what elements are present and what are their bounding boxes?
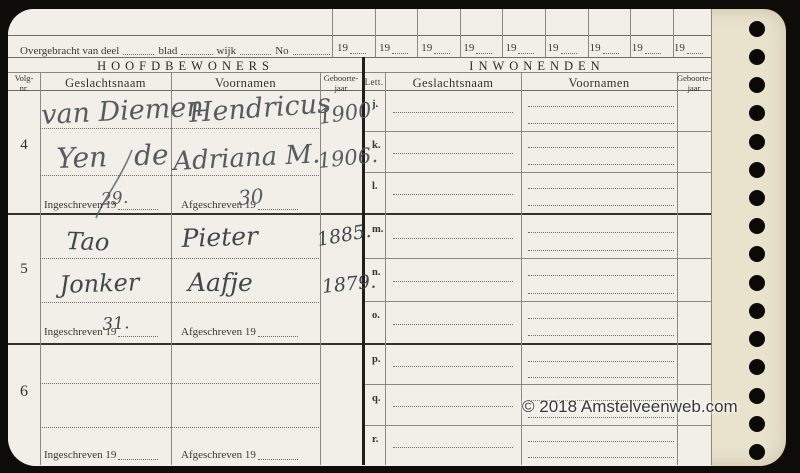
grid-line [171,72,172,465]
transfer-deel-label: Overgebracht van deel [20,45,119,57]
writing-line [393,366,513,367]
volgnr-5: 5 [8,261,40,278]
letter-label: q. [372,393,380,404]
punch-hole [749,331,765,347]
year-cells-row: 19 19 19 19 19 19 19 19 19 [332,35,711,57]
writing-line [528,457,674,458]
handwritten-voornamen: Adriana M. [173,141,321,175]
col-volgnr-line2: nr. [20,83,29,93]
dotted-blank [561,43,577,54]
year-label: 19 [463,42,474,54]
writing-line [528,188,674,189]
col-geslachtsnaam-hoofd: Geslachtsnaam [40,76,171,91]
writing-line [528,293,674,294]
transfer-row: Overgebracht van deel blad wijk No [20,35,332,61]
punch-hole [749,21,765,37]
letter-label: j. [372,99,378,110]
writing-line [40,302,319,303]
year-label: 19 [632,42,643,54]
volgnr-4: 4 [8,137,40,154]
dotted-blank [392,43,408,54]
handwritten-geslachtsnaam: van Diemen [41,94,205,129]
punch-hole [749,388,765,404]
dotted-blank [350,43,366,54]
pen-flourish [90,140,140,225]
year-cell: 19 [332,42,374,57]
handwritten-geslachtsnaam: Jonker [59,270,140,297]
letter-label: l. [372,181,378,192]
writing-line [393,238,513,239]
writing-line [528,164,674,165]
dotted-blank [645,43,661,54]
year-label: 19 [337,42,348,54]
transfer-blad-label: blad [158,45,177,57]
letter-label: r. [372,434,378,445]
writing-line [393,324,513,325]
writing-line [528,205,674,206]
row5-footer-afgeschreven: Afgeschreven 19 [181,325,298,338]
writing-line [528,232,674,233]
punch-hole [749,162,765,178]
writing-line [393,153,513,154]
col-geboortejaar-line1: Geboorte- [677,73,711,83]
year-cell: 19 [669,42,711,57]
writing-line [528,441,674,442]
afgeschreven-label: Afgeschreven 19 [181,326,256,338]
inwonenden-row-r: r. [363,425,711,465]
dotted-blank [118,449,158,460]
handwritten-ingeschreven-year: 31. [102,315,130,334]
punch-hole [749,77,765,93]
inwonenden-row-o: o. [363,301,711,343]
year-label: 19 [590,42,601,54]
col-geboortejaar-line2: jaar [335,83,348,93]
year-cell: 19 [627,42,669,57]
letter-label: o. [372,310,380,321]
handwritten-geslachtsnaam: Tao [66,229,110,254]
punch-hole [749,246,765,262]
punch-hole [749,303,765,319]
dotted-blank [181,44,212,55]
col-voornamen-inw: Voornamen [521,76,677,91]
copyright-watermark: © 2018 Amstelveenweb.com [522,397,738,417]
col-volgnr: Volg-nr. [8,73,40,93]
inwonenden-row-j: j. [363,90,711,131]
year-label: 19 [421,42,432,54]
inwonenden-row-m: m. [363,215,711,258]
letter-label: k. [372,140,380,151]
writing-line [528,318,674,319]
writing-line [393,194,513,195]
dotted-blank [687,43,703,54]
inwonenden-row-n: n. [363,258,711,301]
writing-line [393,447,513,448]
punch-hole [749,275,765,291]
letter-label: n. [372,267,380,278]
punch-hole [749,444,765,460]
writing-line [528,335,674,336]
letter-label: m. [372,224,383,235]
punch-hole [749,359,765,375]
punch-hole [749,190,765,206]
col-lett: Lett. [363,77,385,87]
col-geslachtsnaam-inw: Geslachtsnaam [385,76,521,91]
grid-line [40,72,41,465]
writing-line [528,275,674,276]
writing-line [393,112,513,113]
year-cell: 19 [416,42,458,57]
writing-line [528,377,674,378]
letter-label: p. [372,354,380,365]
punch-hole [749,105,765,121]
afgeschreven-label: Afgeschreven 19 [181,449,256,461]
year-label: 19 [674,42,685,54]
handwritten-voornamen: Aafje [188,270,253,295]
punch-hole [749,218,765,234]
inwonenden-row-k: k. [363,131,711,172]
handwritten-voornamen: Pieter [181,223,258,251]
year-label: 19 [379,42,390,54]
row6-footer-afgeschreven: Afgeschreven 19 [181,448,298,461]
punch-hole [749,134,765,150]
dotted-blank [123,44,154,55]
dotted-blank [518,43,534,54]
punch-hole [749,49,765,65]
ingeschreven-label: Ingeschreven 19 [44,449,116,461]
dotted-blank [293,44,330,55]
dotted-blank [258,326,298,337]
writing-line [528,417,674,418]
year-label: 19 [505,42,516,54]
dotted-blank [258,449,298,460]
writing-line [528,147,674,148]
dotted-blank [240,44,271,55]
writing-line [393,406,513,407]
writing-line [528,106,674,107]
inwonenden-title: INWONENDEN [363,59,711,74]
inwonenden-row-l: l. [363,172,711,213]
punch-hole [749,416,765,432]
dotted-blank [603,43,619,54]
handwritten-afgeschreven-year: 30 [237,186,264,208]
transfer-wijk-label: wijk [217,45,237,57]
row5-footer-ingeschreven: Ingeschreven 19 [44,325,158,338]
col-volgnr-line1: Volg- [15,73,34,83]
scanned-register-page: Overgebracht van deel blad wijk No 19 19… [0,0,800,473]
writing-line [393,281,513,282]
year-cell: 19 [458,42,500,57]
hoofdbewoners-title: HOOFDBEWONERS [8,59,363,74]
writing-line [40,383,319,384]
writing-line [528,250,674,251]
year-cell: 19 [374,42,416,57]
writing-line [40,427,319,428]
dotted-blank [434,43,450,54]
row6-footer-ingeschreven: Ingeschreven 19 [44,448,158,461]
year-cell: 19 [500,42,542,57]
year-cell: 19 [543,42,585,57]
inwonenden-row-p: p. [363,345,711,384]
handwritten-ingeschreven-year: 29. [101,190,129,209]
volgnr-6: 6 [8,383,40,401]
grid-line [320,72,321,465]
year-label: 19 [548,42,559,54]
writing-line [528,361,674,362]
col-voornamen-hoofd: Voornamen [171,76,320,91]
transfer-no-label: No [275,45,288,57]
dotted-blank [476,43,492,54]
register-card: Overgebracht van deel blad wijk No 19 19… [8,9,786,466]
writing-line [528,123,674,124]
year-cell: 19 [585,42,627,57]
col-geboortejaar-line1: Geboorte- [324,73,358,83]
writing-line [40,258,319,259]
